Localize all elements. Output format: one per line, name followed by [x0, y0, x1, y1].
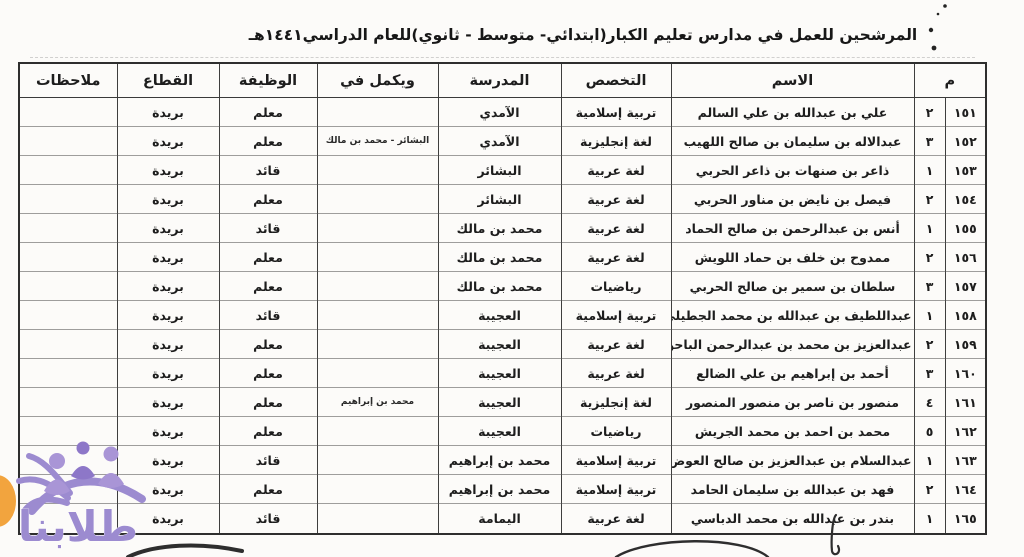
candidates-table: م الاسم التخصص المدرسة ويكمل في الوظيفة … — [18, 62, 987, 535]
row-job: معلم — [219, 475, 317, 504]
row-notes — [19, 388, 117, 417]
row-job: معلم — [219, 185, 317, 214]
row-sub-no: ٢ — [914, 330, 945, 359]
row-no: ١٥٥ — [945, 214, 986, 243]
row-name: عبداللطيف بن عبدالله بن محمد الجطيلي — [671, 301, 914, 330]
row-job: قائد — [219, 214, 317, 243]
row-school: البشائر — [438, 185, 561, 214]
row-sub-no: ٤ — [914, 388, 945, 417]
row-name: محمد بن احمد بن محمد الجريش — [671, 417, 914, 446]
table-row: ١٥٢٣عبدالاله بن سليمان بن صالح اللهيبلغة… — [19, 127, 986, 156]
row-name: عبدالعزيز بن محمد بن عبدالرحمن الباحوث — [671, 330, 914, 359]
row-name: فيصل بن نايض بن مناور الحربي — [671, 185, 914, 214]
row-name: علي بن عبدالله بن علي السالم — [671, 98, 914, 127]
row-job: معلم — [219, 388, 317, 417]
row-notes — [19, 243, 117, 272]
table-row: ١٦٥١بندر بن عبدالله بن محمد الدباسيلغة ع… — [19, 504, 986, 534]
row-school: محمد بن مالك — [438, 214, 561, 243]
row-notes — [19, 272, 117, 301]
row-school: العجيبة — [438, 359, 561, 388]
table-row: ١٥٨١عبداللطيف بن عبدالله بن محمد الجطيلي… — [19, 301, 986, 330]
table-row: ١٦١٤منصور بن ناصر بن منصور المنصورلغة إن… — [19, 388, 986, 417]
row-job: قائد — [219, 301, 317, 330]
row-no: ١٥٧ — [945, 272, 986, 301]
table-row: ١٦٢٥محمد بن احمد بن محمد الجريشرياضياتال… — [19, 417, 986, 446]
row-name: ذاعر بن صنهات بن ذاعر الحربي — [671, 156, 914, 185]
row-school: محمد بن مالك — [438, 272, 561, 301]
row-notes — [19, 185, 117, 214]
row-completes-in — [317, 185, 438, 214]
row-notes — [19, 214, 117, 243]
table-row: ١٥٧٣سلطان بن سمير بن صالح الحربيرياضياتم… — [19, 272, 986, 301]
table-row: ١٥٦٢ممدوح بن خلف بن حماد اللويشلغة عربية… — [19, 243, 986, 272]
row-no: ١٥٣ — [945, 156, 986, 185]
row-notes — [19, 301, 117, 330]
row-name: عبدالاله بن سليمان بن صالح اللهيب — [671, 127, 914, 156]
row-name: فهد بن عبدالله بن سليمان الحامد — [671, 475, 914, 504]
row-sector: بريدة — [117, 98, 219, 127]
header-school: المدرسة — [438, 63, 561, 98]
row-no: ١٥٨ — [945, 301, 986, 330]
row-sector: بريدة — [117, 243, 219, 272]
row-school: محمد بن إبراهيم — [438, 475, 561, 504]
table-row: ١٥١٢علي بن عبدالله بن علي السالمتربية إس… — [19, 98, 986, 127]
row-specialty: تربية إسلامية — [561, 475, 671, 504]
row-specialty: تربية إسلامية — [561, 301, 671, 330]
row-specialty: تربية إسلامية — [561, 98, 671, 127]
row-completes-in — [317, 446, 438, 475]
row-no: ١٥١ — [945, 98, 986, 127]
table-row: ١٥٣١ذاعر بن صنهات بن ذاعر الحربيلغة عربي… — [19, 156, 986, 185]
row-no: ١٦٣ — [945, 446, 986, 475]
row-school: العجيبة — [438, 330, 561, 359]
row-specialty: لغة إنجليزية — [561, 127, 671, 156]
scan-dot — [937, 13, 940, 16]
row-completes-in — [317, 243, 438, 272]
row-no: ١٥٤ — [945, 185, 986, 214]
row-specialty: لغة عربية — [561, 185, 671, 214]
row-specialty: لغة عربية — [561, 504, 671, 534]
row-no: ١٦٠ — [945, 359, 986, 388]
row-sector: بريدة — [117, 156, 219, 185]
row-job: معلم — [219, 243, 317, 272]
row-name: أنس بن عبدالرحمن بن صالح الحماد — [671, 214, 914, 243]
table-row: ١٥٩٢عبدالعزيز بن محمد بن عبدالرحمن الباح… — [19, 330, 986, 359]
scanned-document-page: المرشحين للعمل في مدارس تعليم الكبار(ابت… — [0, 0, 1024, 557]
row-completes-in: محمد بن إبراهيم — [317, 388, 438, 417]
row-job: قائد — [219, 156, 317, 185]
row-sub-no: ٥ — [914, 417, 945, 446]
row-job: معلم — [219, 359, 317, 388]
row-completes-in — [317, 475, 438, 504]
row-completes-in — [317, 301, 438, 330]
table-row: ١٦٤٢فهد بن عبدالله بن سليمان الحامدتربية… — [19, 475, 986, 504]
row-name: أحمد بن إبراهيم بن علي الضالع — [671, 359, 914, 388]
row-sub-no: ١ — [914, 301, 945, 330]
row-job: قائد — [219, 504, 317, 534]
row-sector: بريدة — [117, 214, 219, 243]
header-completes-in: ويكمل في — [317, 63, 438, 98]
row-specialty: لغة عربية — [561, 214, 671, 243]
row-sector: بريدة — [117, 272, 219, 301]
row-sub-no: ٣ — [914, 359, 945, 388]
row-name: ممدوح بن خلف بن حماد اللويش — [671, 243, 914, 272]
table-row: ١٥٥١أنس بن عبدالرحمن بن صالح الحمادلغة ع… — [19, 214, 986, 243]
row-sector: بريدة — [117, 301, 219, 330]
row-school: العجيبة — [438, 417, 561, 446]
row-notes — [19, 98, 117, 127]
header-no: م — [914, 63, 986, 98]
page-title: المرشحين للعمل في مدارس تعليم الكبار(ابت… — [163, 26, 1003, 44]
row-sub-no: ٢ — [914, 475, 945, 504]
row-notes — [19, 330, 117, 359]
table-row: ١٦٣١عبدالسلام بن عبدالعزيز بن صالح العوض… — [19, 446, 986, 475]
row-sub-no: ٢ — [914, 243, 945, 272]
row-specialty: لغة عربية — [561, 359, 671, 388]
row-specialty: رياضيات — [561, 417, 671, 446]
row-sector: بريدة — [117, 359, 219, 388]
header-specialty: التخصص — [561, 63, 671, 98]
row-completes-in — [317, 504, 438, 534]
row-school: العجيبة — [438, 388, 561, 417]
scan-dot — [943, 4, 947, 8]
row-name: سلطان بن سمير بن صالح الحربي — [671, 272, 914, 301]
row-sector: بريدة — [117, 185, 219, 214]
row-sector: بريدة — [117, 127, 219, 156]
header-notes: ملاحظات — [19, 63, 117, 98]
row-completes-in — [317, 98, 438, 127]
people-figures — [44, 442, 124, 496]
row-completes-in: البشائر - محمد بن مالك — [317, 127, 438, 156]
table-row: ١٥٤٢فيصل بن نايض بن مناور الحربيلغة عربي… — [19, 185, 986, 214]
row-school: الآمدي — [438, 127, 561, 156]
row-job: معلم — [219, 98, 317, 127]
row-school: محمد بن مالك — [438, 243, 561, 272]
watermark-text: طلابنا — [18, 502, 138, 551]
row-completes-in — [317, 330, 438, 359]
row-no: ١٦٢ — [945, 417, 986, 446]
row-name: عبدالسلام بن عبدالعزيز بن صالح العوض — [671, 446, 914, 475]
row-sector: بريدة — [117, 388, 219, 417]
row-job: معلم — [219, 127, 317, 156]
row-completes-in — [317, 272, 438, 301]
row-specialty: لغة عربية — [561, 156, 671, 185]
row-school: البشائر — [438, 156, 561, 185]
row-no: ١٦٥ — [945, 504, 986, 534]
row-notes — [19, 359, 117, 388]
table-row: ١٦٠٣أحمد بن إبراهيم بن علي الضالعلغة عرب… — [19, 359, 986, 388]
row-school: اليمامة — [438, 504, 561, 534]
row-completes-in — [317, 156, 438, 185]
row-sector: بريدة — [117, 330, 219, 359]
row-name: منصور بن ناصر بن منصور المنصور — [671, 388, 914, 417]
row-no: ١٥٢ — [945, 127, 986, 156]
row-school: محمد بن إبراهيم — [438, 446, 561, 475]
header-job: الوظيفة — [219, 63, 317, 98]
row-sub-no: ٣ — [914, 127, 945, 156]
row-specialty: لغة عربية — [561, 330, 671, 359]
table-header-row: م الاسم التخصص المدرسة ويكمل في الوظيفة … — [19, 63, 986, 98]
row-no: ١٥٦ — [945, 243, 986, 272]
row-specialty: رياضيات — [561, 272, 671, 301]
orange-blob — [0, 475, 16, 527]
row-sub-no: ١ — [914, 446, 945, 475]
scan-artifact-dashes — [30, 57, 975, 58]
pen-circle-arc — [616, 541, 768, 557]
row-no: ١٦٤ — [945, 475, 986, 504]
talabna-watermark-logo: طلابنا — [0, 437, 158, 557]
row-sub-no: ٢ — [914, 185, 945, 214]
row-sub-no: ١ — [914, 214, 945, 243]
row-specialty: لغة إنجليزية — [561, 388, 671, 417]
row-sub-no: ٣ — [914, 272, 945, 301]
row-school: الآمدي — [438, 98, 561, 127]
row-completes-in — [317, 214, 438, 243]
row-job: معلم — [219, 330, 317, 359]
row-name: بندر بن عبدالله بن محمد الدباسي — [671, 504, 914, 534]
row-specialty: تربية إسلامية — [561, 446, 671, 475]
row-sub-no: ١ — [914, 504, 945, 534]
row-notes — [19, 156, 117, 185]
header-sector: القطاع — [117, 63, 219, 98]
row-school: العجيبة — [438, 301, 561, 330]
row-job: معلم — [219, 272, 317, 301]
row-no: ١٥٩ — [945, 330, 986, 359]
row-completes-in — [317, 359, 438, 388]
row-job: قائد — [219, 446, 317, 475]
row-sub-no: ١ — [914, 156, 945, 185]
row-notes — [19, 127, 117, 156]
row-sub-no: ٢ — [914, 98, 945, 127]
row-no: ١٦١ — [945, 388, 986, 417]
row-specialty: لغة عربية — [561, 243, 671, 272]
row-completes-in — [317, 417, 438, 446]
scan-dot — [932, 46, 937, 51]
row-job: معلم — [219, 417, 317, 446]
header-name: الاسم — [671, 63, 914, 98]
